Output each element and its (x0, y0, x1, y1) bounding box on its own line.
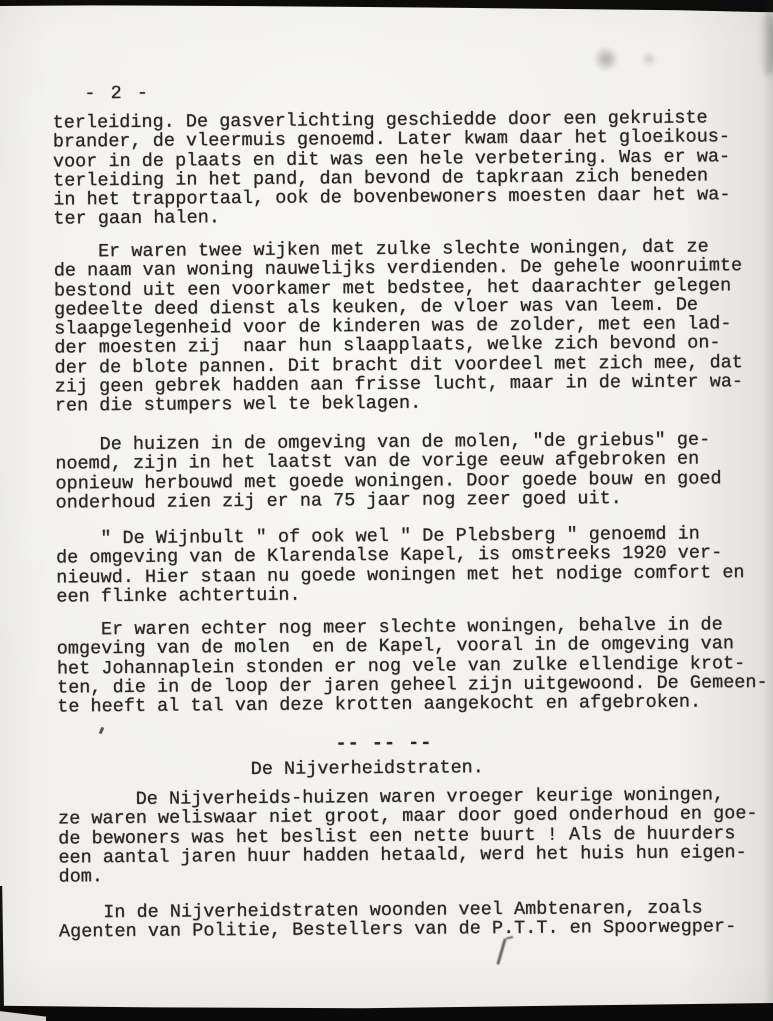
paragraph: " De Wijnbult " of ook wel " De Plebsber… (56, 524, 757, 607)
scan-smudge (592, 47, 620, 71)
text-line: ren die stumpers wel te beklagen. (55, 391, 755, 416)
scan-edge-left (0, 886, 4, 1008)
page-number: - 2 - (84, 83, 150, 105)
text-line: ter gaan halen. (53, 205, 753, 230)
text-line: te heeft al tal van deze krotten aangeko… (57, 692, 757, 717)
paragraph: De huizen in de omgeving van de molen, "… (55, 430, 756, 513)
text-line: Agenten van Politie, Bestellers van de P… (59, 917, 759, 942)
text-line: onderhoud zien zij er na 75 jaar nog zee… (56, 488, 756, 513)
page-content: - 2 - terleiding. De gasverlichting gesc… (0, 0, 773, 1021)
heading: De Nijverheidstraten. (251, 758, 571, 780)
scan-smudge-small (640, 52, 658, 66)
separator: -- -- -- (335, 733, 535, 754)
paragraph: Er waren twee wijken met zulke slechte w… (54, 237, 755, 416)
paragraph: De Nijverheids-huizen waren vroeger keur… (58, 785, 759, 887)
paragraph: In de Nijverheidstraten woonden veel Amb… (59, 898, 759, 942)
text-line: een flinke achtertuin. (56, 582, 756, 607)
scanned-document-page: - 2 - terleiding. De gasverlichting gesc… (0, 0, 773, 1021)
scan-shadow-right (763, 0, 773, 1021)
scan-shadow-top-right (759, 12, 773, 76)
paragraph: Er waren echter nog meer slechte woninge… (57, 615, 758, 717)
paragraph: terleiding. De gasverlichting geschiedde… (53, 108, 754, 229)
